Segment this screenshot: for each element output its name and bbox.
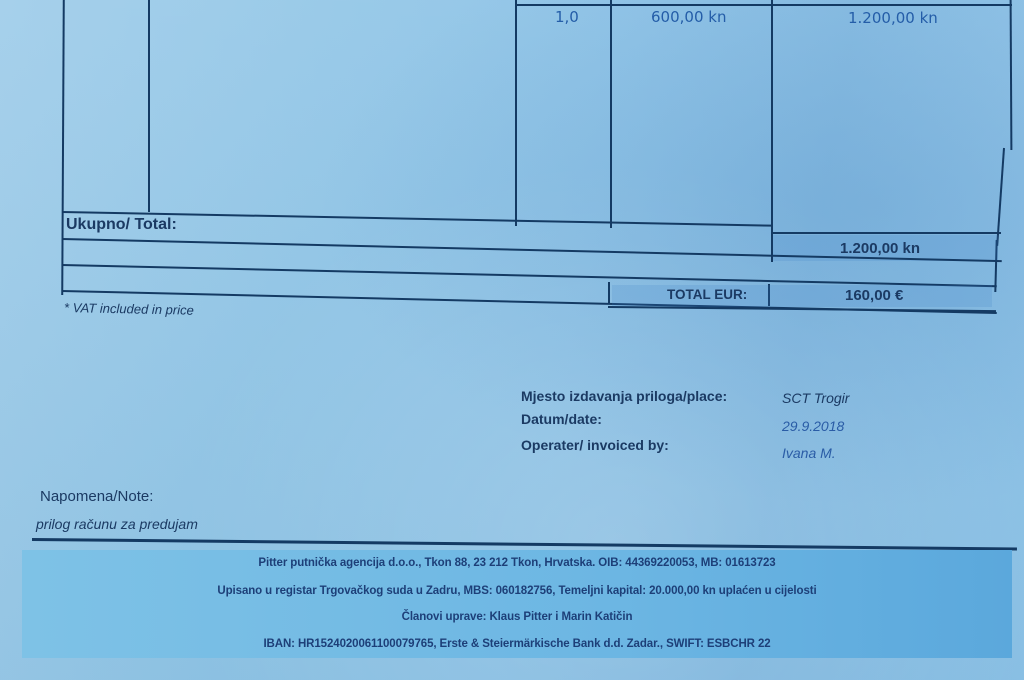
company-footer: Pitter putnička agencija d.o.o., Tkon 88…	[22, 550, 1012, 658]
total-eur-value: 160,00 €	[845, 287, 903, 304]
cropped-header-text	[255, 0, 260, 5]
column-divider	[610, 0, 612, 228]
footer-registry-line: Upisano u registar Trgovačkog suda u Zad…	[22, 585, 1012, 597]
operator-value: Ivana M.	[782, 445, 836, 461]
note-label: Napomena/Note:	[40, 488, 153, 505]
place-value: SCT Trogir	[782, 390, 849, 406]
item-unit-price: 600,00 kn	[651, 8, 726, 26]
footer-separator	[32, 538, 1017, 550]
column-divider	[515, 0, 517, 226]
invoice-paper: 1,0 600,00 kn 1.200,00 kn Ukupno/ Total:…	[0, 0, 1024, 680]
footer-bank-line: IBAN: HR1524020061100079765, Erste & Ste…	[22, 638, 1012, 650]
column-divider	[608, 282, 610, 304]
date-value: 29.9.2018	[782, 418, 844, 434]
place-label: Mjesto izdavanja priloga/place:	[521, 388, 727, 404]
footer-company-line: Pitter putnička agencija d.o.o., Tkon 88…	[22, 557, 1012, 569]
header-separator	[515, 4, 1012, 6]
column-divider	[771, 0, 773, 262]
operator-label: Operater/ invoiced by:	[521, 437, 669, 453]
note-text: prilog računu za predujam	[36, 516, 198, 532]
table-border-left	[61, 0, 65, 295]
table-border-right	[1010, 0, 1013, 150]
footer-board-line: Članovi uprave: Klaus Pitter i Marin Kat…	[22, 611, 1012, 623]
date-label: Datum/date:	[521, 411, 602, 427]
row-separator	[62, 264, 997, 287]
item-quantity: 1,0	[555, 8, 579, 26]
total-label: Ukupno/ Total:	[66, 216, 177, 234]
item-amount: 1.200,00 kn	[848, 9, 938, 27]
total-hrk-value: 1.200,00 kn	[840, 240, 920, 257]
vat-note: * VAT included in price	[64, 300, 194, 318]
total-eur-label: TOTAL EUR:	[667, 287, 747, 302]
total-row-top-line	[771, 232, 1001, 234]
column-divider	[148, 0, 150, 212]
